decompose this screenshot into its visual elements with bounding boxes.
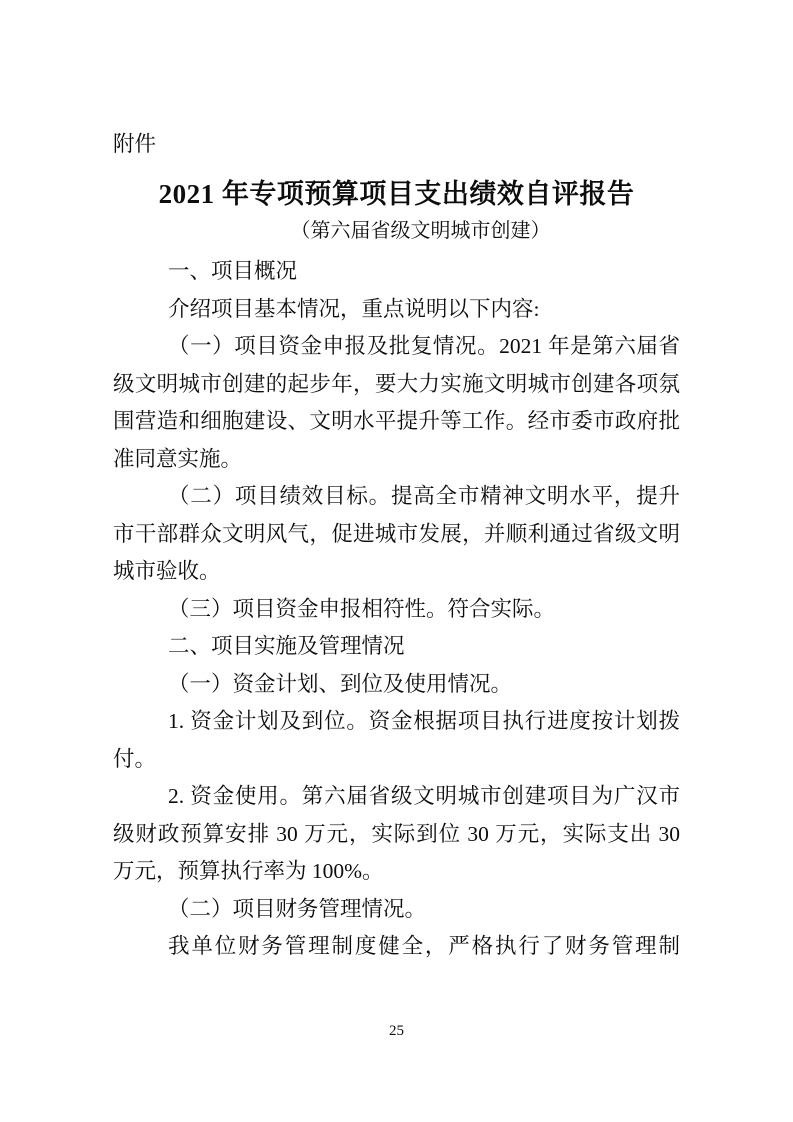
body-line: （二）项目绩效目标。提高全市精神文明水平，提升全: [113, 478, 680, 516]
body-line: 我单位财务管理制度健全，严格执行了财务管理制度，: [113, 928, 680, 966]
body-line: 级文明城市创建的起步年，要大力实施文明城市创建各项氛: [113, 366, 680, 404]
body-line: （三）项目资金申报相符性。符合实际。: [113, 591, 680, 629]
body-line: 付。: [113, 741, 680, 779]
body-line: 准同意实施。: [113, 441, 680, 479]
body-line: 2. 资金使用。第六届省级文明城市创建项目为广汉市本: [113, 778, 680, 816]
attachment-label: 附件: [113, 129, 156, 159]
body-line: 级财政预算安排 30 万元，实际到位 30 万元，实际支出 30: [113, 816, 680, 854]
body-line: 万元，预算执行率为 100%。: [113, 853, 680, 891]
document-title: 2021 年专项预算项目支出绩效自评报告: [113, 177, 680, 211]
page-number: 25: [0, 1022, 793, 1040]
document-subtitle: （第六届省级文明城市创建）: [137, 216, 704, 246]
body-line: 二、项目实施及管理情况: [113, 628, 680, 666]
body-line: 市干部群众文明风气，促进城市发展，并顺利通过省级文明: [113, 516, 680, 554]
body-line: 围营造和细胞建设、文明水平提升等工作。经市委市政府批: [113, 403, 680, 441]
body-line: 1. 资金计划及到位。资金根据项目执行进度按计划拨: [113, 703, 680, 741]
body-line: 一、项目概况: [113, 253, 680, 291]
document-body: 一、项目概况介绍项目基本情况，重点说明以下内容:（一）项目资金申报及批复情况。2…: [113, 253, 680, 966]
body-line: （二）项目财务管理情况。: [113, 891, 680, 929]
body-line: 城市验收。: [113, 553, 680, 591]
document-page: 附件 2021 年专项预算项目支出绩效自评报告 （第六届省级文明城市创建） 一、…: [0, 0, 793, 1122]
body-line: （一）资金计划、到位及使用情况。: [113, 666, 680, 704]
body-line: 介绍项目基本情况，重点说明以下内容:: [113, 291, 680, 329]
body-line: （一）项目资金申报及批复情况。2021 年是第六届省: [113, 328, 680, 366]
